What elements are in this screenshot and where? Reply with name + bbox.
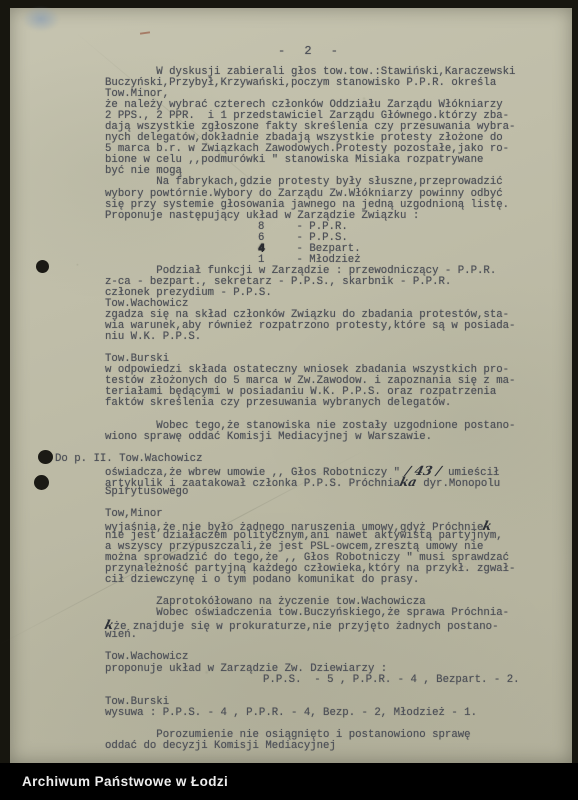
typed-text: faktów skreślenia czy przesuwania wybran… xyxy=(105,397,451,409)
text-line: Buczyński,Przybył,Krzywański,poczym stan… xyxy=(105,78,565,89)
punch-hole-dot xyxy=(38,450,53,464)
archive-watermark-text: Archiwum Państwowe w Łodzi xyxy=(22,774,228,789)
typed-text: Tow,Minor xyxy=(105,508,163,520)
ink-stain xyxy=(22,6,60,32)
text-line: wysuwa : P.P.S. - 4 , P.P.R. - 4, Bezp. … xyxy=(105,708,565,719)
document-scan: - 2 - W dyskusji zabierali głos tow.tow.… xyxy=(0,0,578,800)
typed-text: P.P.S. - 5 , P.P.R. - 4 , Bezpart. - 2. xyxy=(263,674,520,686)
typed-text: Spirytusowego xyxy=(105,486,188,498)
typed-text: Do p. II. Tow.Wachowicz xyxy=(55,453,203,465)
page-number: - 2 - xyxy=(278,44,344,58)
archive-watermark-banner: Archiwum Państwowe w Łodzi xyxy=(0,763,578,800)
paper-speck xyxy=(140,31,150,34)
text-line: wiono sprawę oddać Komisji Mediacyjnej w… xyxy=(105,432,565,443)
typed-text: oddać do decyzji Komisji Mediacyjnej xyxy=(105,740,336,752)
typed-text: że znajduje się w prokuraturze,nie przyj… xyxy=(114,621,499,633)
text-line xyxy=(105,686,565,697)
text-line: Tow,Minor xyxy=(105,509,565,520)
typed-text: dyr.Monopolu xyxy=(417,478,500,490)
text-line xyxy=(105,343,565,354)
typewritten-text-block: W dyskusji zabierali głos tow.tow.:Stawi… xyxy=(105,67,565,752)
typed-text: wiono sprawę oddać Komisji Mediacyjnej w… xyxy=(105,431,432,443)
text-line: Wobec oświadczenia tow.Buczyńskiego,że s… xyxy=(105,608,565,619)
text-line: faktów skreślenia czy przesuwania wybran… xyxy=(105,398,565,409)
typed-text: niu W.K. P.P.S. xyxy=(105,331,201,343)
handwritten-annotation: ka xyxy=(399,476,419,487)
text-line: oddać do decyzji Komisji Mediacyjnej xyxy=(105,741,565,752)
paper-page: - 2 - W dyskusji zabierali głos tow.tow.… xyxy=(10,8,572,763)
typed-text: cił dziewczynę i o tym podano komunikat … xyxy=(105,574,419,586)
typed-text: wysuwa : P.P.S. - 4 , P.P.R. - 4, Bezp. … xyxy=(105,707,477,719)
punch-hole-dot xyxy=(34,475,49,490)
text-line: P.P.S. - 5 , P.P.R. - 4 , Bezpart. - 2. xyxy=(263,675,565,686)
text-line xyxy=(105,498,565,509)
text-line: oświadcza,że wbrew umowie ,, Głos Robotn… xyxy=(105,465,565,476)
punch-hole-dot xyxy=(36,260,49,273)
text-line: cił dziewczynę i o tym podano komunikat … xyxy=(105,575,565,586)
text-line: kże znajduje się w prokuraturze,nie przy… xyxy=(105,619,565,630)
text-line: Do p. II. Tow.Wachowicz xyxy=(55,454,565,465)
text-line: niu W.K. P.P.S. xyxy=(105,332,565,343)
typed-text: Wobec oświadczenia tow.Buczyńskiego,że s… xyxy=(105,607,509,619)
